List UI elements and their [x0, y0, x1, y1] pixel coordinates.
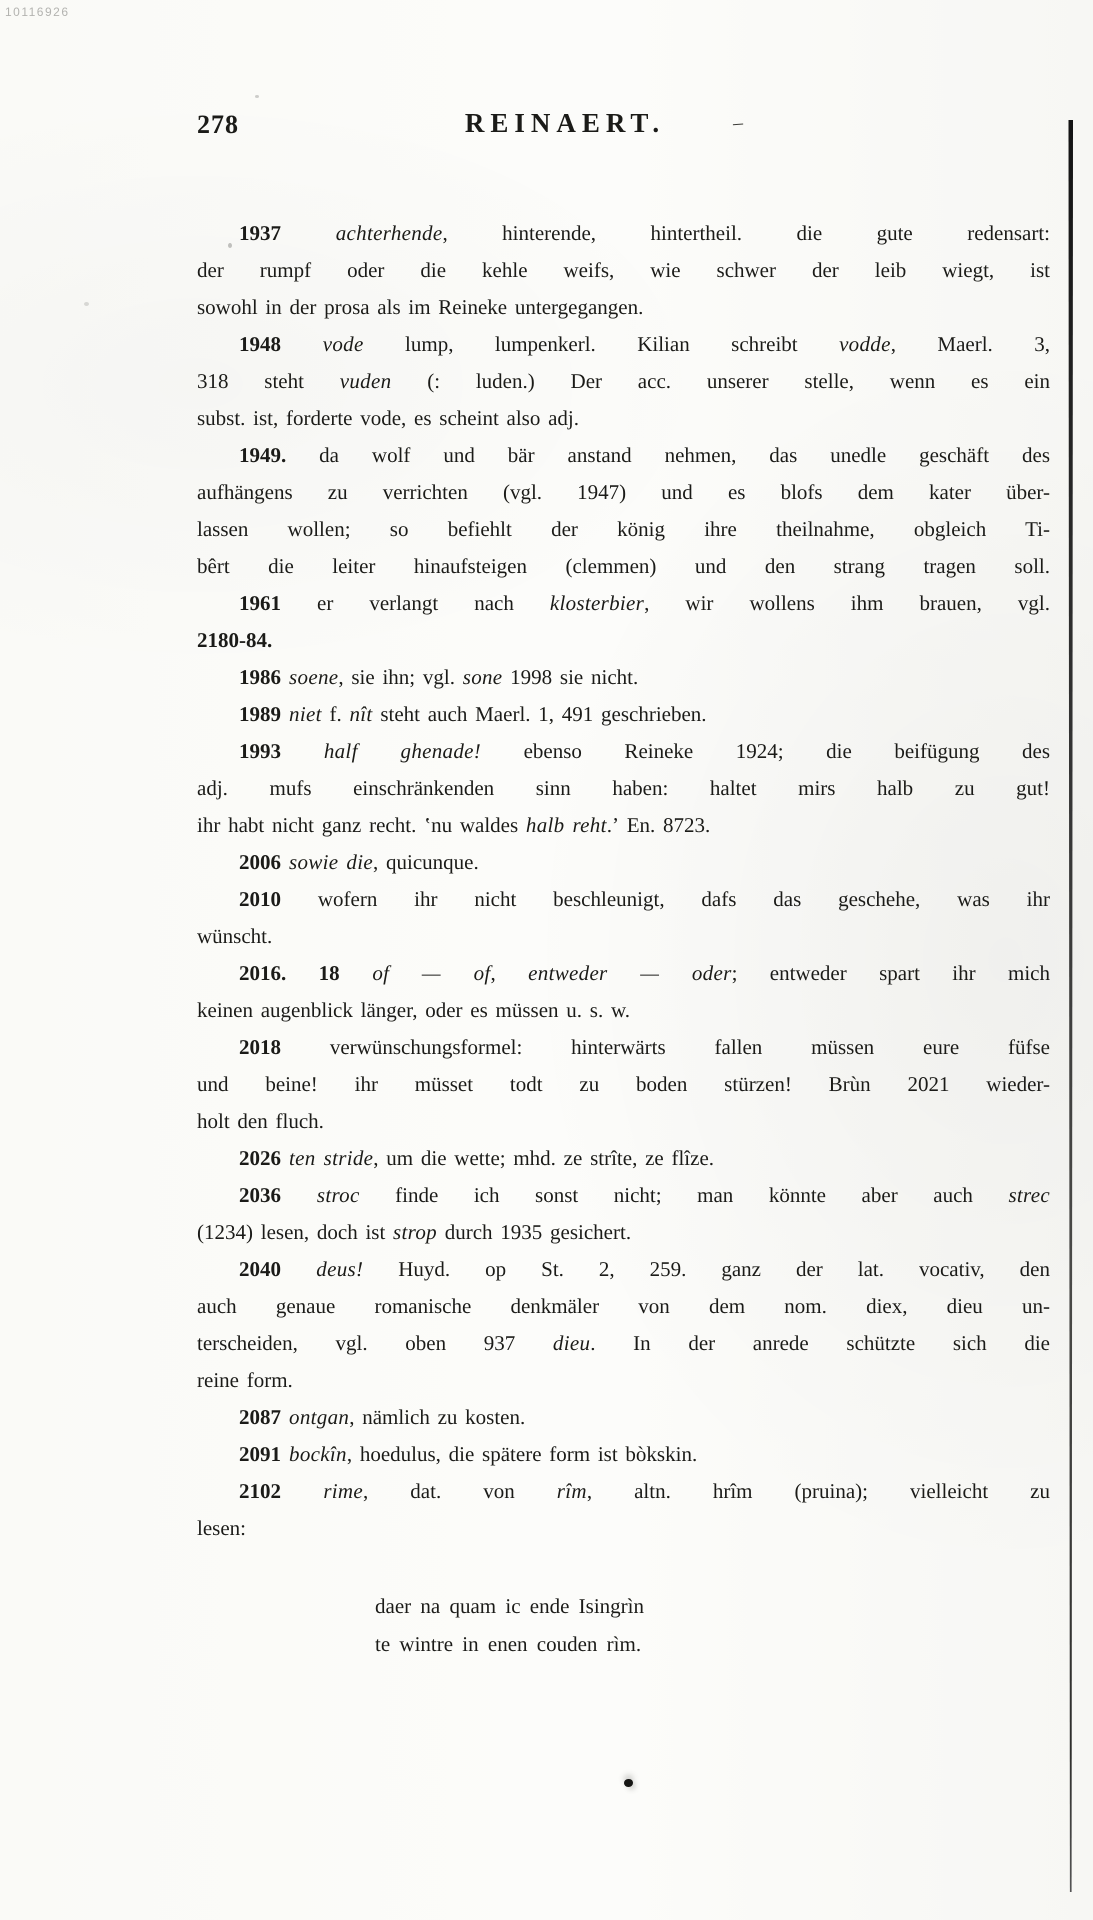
entry-number: 1961: [239, 591, 281, 615]
text-run: 1998 sie nicht.: [502, 665, 638, 689]
text-line: 2036 stroc finde ich sonst nicht; man kö…: [197, 1177, 1050, 1214]
entry-number: 2087: [239, 1405, 281, 1429]
lemma-italic: half ghenade!: [281, 739, 481, 763]
ink-dot: [624, 1779, 633, 1787]
text-line: sowohl in der prosa als im Reineke unter…: [197, 289, 1050, 326]
lemma-italic: vodde: [839, 332, 891, 356]
verse-block: daer na quam ic ende Isingrìnte wintre i…: [197, 1587, 1050, 1663]
text-run: (: luden.) Der acc. unserer stelle, wenn…: [391, 369, 1050, 393]
book-edge-line: [1068, 120, 1073, 1892]
page-number: 278: [197, 110, 239, 140]
text-block: 1937 achterhende, hinterende, hinterthei…: [197, 215, 1050, 1663]
text-run: terscheiden, vgl. oben 937: [197, 1331, 553, 1355]
text-run: verwünschungsformel: hinterwärts fallen …: [281, 1035, 1050, 1059]
text-line: bêrt die leiter hinaufsteigen (clemmen) …: [197, 548, 1050, 585]
lemma-italic: stroc: [281, 1183, 360, 1207]
verse-line: te wintre in enen couden rìm.: [375, 1625, 1050, 1663]
text-line: 1948 vode lump, lumpenkerl. Kilian schre…: [197, 326, 1050, 363]
text-line: 2006 sowie die, quicunque.: [197, 844, 1050, 881]
lemma-italic: vuden: [340, 369, 392, 393]
text-line: 1993 half ghenade! ebenso Reineke 1924; …: [197, 733, 1050, 770]
scan-speck: [255, 95, 259, 98]
entry-number: 1948: [239, 332, 281, 356]
text-line: 1989 niet f. nît steht auch Maerl. 1, 49…: [197, 696, 1050, 733]
text-run: der rumpf oder die kehle weifs, wie schw…: [197, 258, 1050, 282]
text-run: . In der anrede schützte sich die: [590, 1331, 1050, 1355]
text-run: 318 steht: [197, 369, 340, 393]
text-run: durch 1935 gesichert.: [437, 1220, 631, 1244]
lemma-italic: dieu: [553, 1331, 590, 1355]
verse-line: daer na quam ic ende Isingrìn: [375, 1587, 1050, 1625]
text-run: , hinterende, hintertheil. die gute rede…: [442, 221, 1050, 245]
entry-number: 2026: [239, 1146, 281, 1170]
text-run: , Maerl. 3,: [891, 332, 1050, 356]
text-run: steht auch Maerl. 1, 491 geschrieben.: [373, 702, 707, 726]
text-line: subst. ist, forderte vode, es scheint al…: [197, 400, 1050, 437]
text-run: , hoedulus, die spätere form ist bòkskin…: [347, 1442, 697, 1466]
scan-speck: [228, 243, 232, 248]
text-line: 2010 wofern ihr nicht beschleunigt, dafs…: [197, 881, 1050, 918]
text-run: .ʼ En. 8723.: [607, 813, 711, 837]
running-title: REINAERT.: [465, 108, 665, 139]
text-line: wünscht.: [197, 918, 1050, 955]
text-line: 1961 er verlangt nach klosterbier, wir w…: [197, 585, 1050, 622]
text-line: 2091 bockîn, hoedulus, die spätere form …: [197, 1436, 1050, 1473]
text-line: 2026 ten stride, um die wette; mhd. ze s…: [197, 1140, 1050, 1177]
text-run: (1234) lesen, doch ist: [197, 1220, 393, 1244]
entry-number: 2091: [239, 1442, 281, 1466]
lemma-italic: entweder — oder: [528, 961, 731, 985]
lemma-italic: niet: [281, 702, 322, 726]
entry-number: 2180-84.: [197, 628, 272, 652]
entry-number: 1937: [239, 221, 281, 245]
entry-number: 2040: [239, 1257, 281, 1281]
text-run: ,: [491, 961, 529, 985]
text-run: , altn. hrîm (pruina); vielleicht zu: [587, 1479, 1050, 1503]
text-line: terscheiden, vgl. oben 937 dieu. In der …: [197, 1325, 1050, 1362]
text-run: ihr habt nicht ganz recht. ʽnu waldes: [197, 813, 526, 837]
entry-number: 2006: [239, 850, 281, 874]
text-run: lump, lumpenkerl. Kilian schreibt: [364, 332, 839, 356]
scan-id-number: 10116926: [5, 5, 70, 19]
lemma-italic: of — of: [340, 961, 491, 985]
lemma-italic: sowie die: [281, 850, 373, 874]
text-line: 2018 verwünschungsformel: hinterwärts fa…: [197, 1029, 1050, 1066]
text-run: , quicunque.: [373, 850, 479, 874]
text-run: , dat. von: [363, 1479, 557, 1503]
lemma-italic: nît: [350, 702, 373, 726]
text-run: , um die wette; mhd. ze strîte, ze flîze…: [373, 1146, 714, 1170]
entry-number: 1993: [239, 739, 281, 763]
text-line: lassen wollen; so befiehlt der könig ihr…: [197, 511, 1050, 548]
text-line: adj. mufs einschränkenden sinn haben: ha…: [197, 770, 1050, 807]
text-line: (1234) lesen, doch ist strop durch 1935 …: [197, 1214, 1050, 1251]
text-line: 2102 rime, dat. von rîm, altn. hrîm (pru…: [197, 1473, 1050, 1510]
text-run: wofern ihr nicht beschleunigt, dafs das …: [281, 887, 1050, 911]
entry-number: 2016. 18: [239, 961, 340, 985]
text-run: wünscht.: [197, 924, 272, 948]
text-run: da wolf und bär anstand nehmen, das uned…: [286, 443, 1050, 467]
text-run: keinen augenblick länger, oder es müssen…: [197, 998, 630, 1022]
lemma-italic: strec: [1008, 1183, 1050, 1207]
text-run: lesen:: [197, 1516, 246, 1540]
text-run: , nämlich zu kosten.: [349, 1405, 525, 1429]
text-run: , wir wollens ihm brauen, vgl.: [644, 591, 1050, 615]
lemma-italic: rîm: [557, 1479, 587, 1503]
text-run: adj. mufs einschränkenden sinn haben: ha…: [197, 776, 1050, 800]
lemma-italic: strop: [393, 1220, 437, 1244]
text-run: Huyd. op St. 2, 259. ganz der lat. vocat…: [363, 1257, 1050, 1281]
text-line: 1937 achterhende, hinterende, hinterthei…: [197, 215, 1050, 252]
text-run: sowohl in der prosa als im Reineke unter…: [197, 295, 643, 319]
entry-number: 2018: [239, 1035, 281, 1059]
text-run: , sie ihn; vgl.: [338, 665, 462, 689]
text-line: 318 steht vuden (: luden.) Der acc. unse…: [197, 363, 1050, 400]
text-line: 1949. da wolf und bär anstand nehmen, da…: [197, 437, 1050, 474]
text-run: finde ich sonst nicht; man könnte aber a…: [360, 1183, 1009, 1207]
lemma-italic: ontgan: [281, 1405, 349, 1429]
entry-number: 2036: [239, 1183, 281, 1207]
lemma-italic: klosterbier: [550, 591, 644, 615]
entry-number: 1949.: [239, 443, 286, 467]
entry-number: 2102: [239, 1479, 281, 1503]
text-line: 2087 ontgan, nämlich zu kosten.: [197, 1399, 1050, 1436]
scan-speck: [84, 302, 89, 306]
entry-number: 1989: [239, 702, 281, 726]
text-line: auch genaue romanische denkmäler von dem…: [197, 1288, 1050, 1325]
text-line: lesen:: [197, 1510, 1050, 1547]
lemma-italic: soene: [281, 665, 338, 689]
lemma-italic: deus!: [281, 1257, 363, 1281]
text-line: 1986 soene, sie ihn; vgl. sone 1998 sie …: [197, 659, 1050, 696]
text-run: und beine! ihr müsset todt zu boden stür…: [197, 1072, 1050, 1096]
lemma-italic: vode: [281, 332, 364, 356]
text-line: reine form.: [197, 1362, 1050, 1399]
text-line: keinen augenblick länger, oder es müssen…: [197, 992, 1050, 1029]
text-run: subst. ist, forderte vode, es scheint al…: [197, 406, 579, 430]
text-run: ebenso Reineke 1924; die beifügung des: [481, 739, 1050, 763]
text-line: der rumpf oder die kehle weifs, wie schw…: [197, 252, 1050, 289]
text-run: auch genaue romanische denkmäler von dem…: [197, 1294, 1050, 1318]
scanned-book-page: 10116926 278 REINAERT. – 1937 achterhend…: [0, 0, 1093, 1920]
lemma-italic: achterhende: [281, 221, 442, 245]
lemma-italic: sone: [463, 665, 503, 689]
text-line: aufhängens zu verrichten (vgl. 1947) und…: [197, 474, 1050, 511]
text-line: und beine! ihr müsset todt zu boden stür…: [197, 1066, 1050, 1103]
text-run: ; entweder spart ihr mich: [732, 961, 1050, 985]
text-run: lassen wollen; so befiehlt der könig ihr…: [197, 517, 1050, 541]
text-run: er verlangt nach: [281, 591, 550, 615]
entry-number: 2010: [239, 887, 281, 911]
lemma-italic: rime: [281, 1479, 363, 1503]
text-run: f.: [322, 702, 350, 726]
title-dash-mark: –: [732, 112, 744, 136]
lemma-italic: ten stride: [281, 1146, 373, 1170]
text-line: 2016. 18 of — of, entweder — oder; entwe…: [197, 955, 1050, 992]
text-run: holt den fluch.: [197, 1109, 324, 1133]
text-line: 2180-84.: [197, 622, 1050, 659]
lemma-italic: bockîn: [281, 1442, 347, 1466]
text-run: bêrt die leiter hinaufsteigen (clemmen) …: [197, 554, 1050, 578]
text-line: 2040 deus! Huyd. op St. 2, 259. ganz der…: [197, 1251, 1050, 1288]
text-line: holt den fluch.: [197, 1103, 1050, 1140]
entry-number: 1986: [239, 665, 281, 689]
text-run: reine form.: [197, 1368, 293, 1392]
lemma-italic: halb reht: [526, 813, 607, 837]
text-line: ihr habt nicht ganz recht. ʽnu waldes ha…: [197, 807, 1050, 844]
text-run: aufhängens zu verrichten (vgl. 1947) und…: [197, 480, 1050, 504]
